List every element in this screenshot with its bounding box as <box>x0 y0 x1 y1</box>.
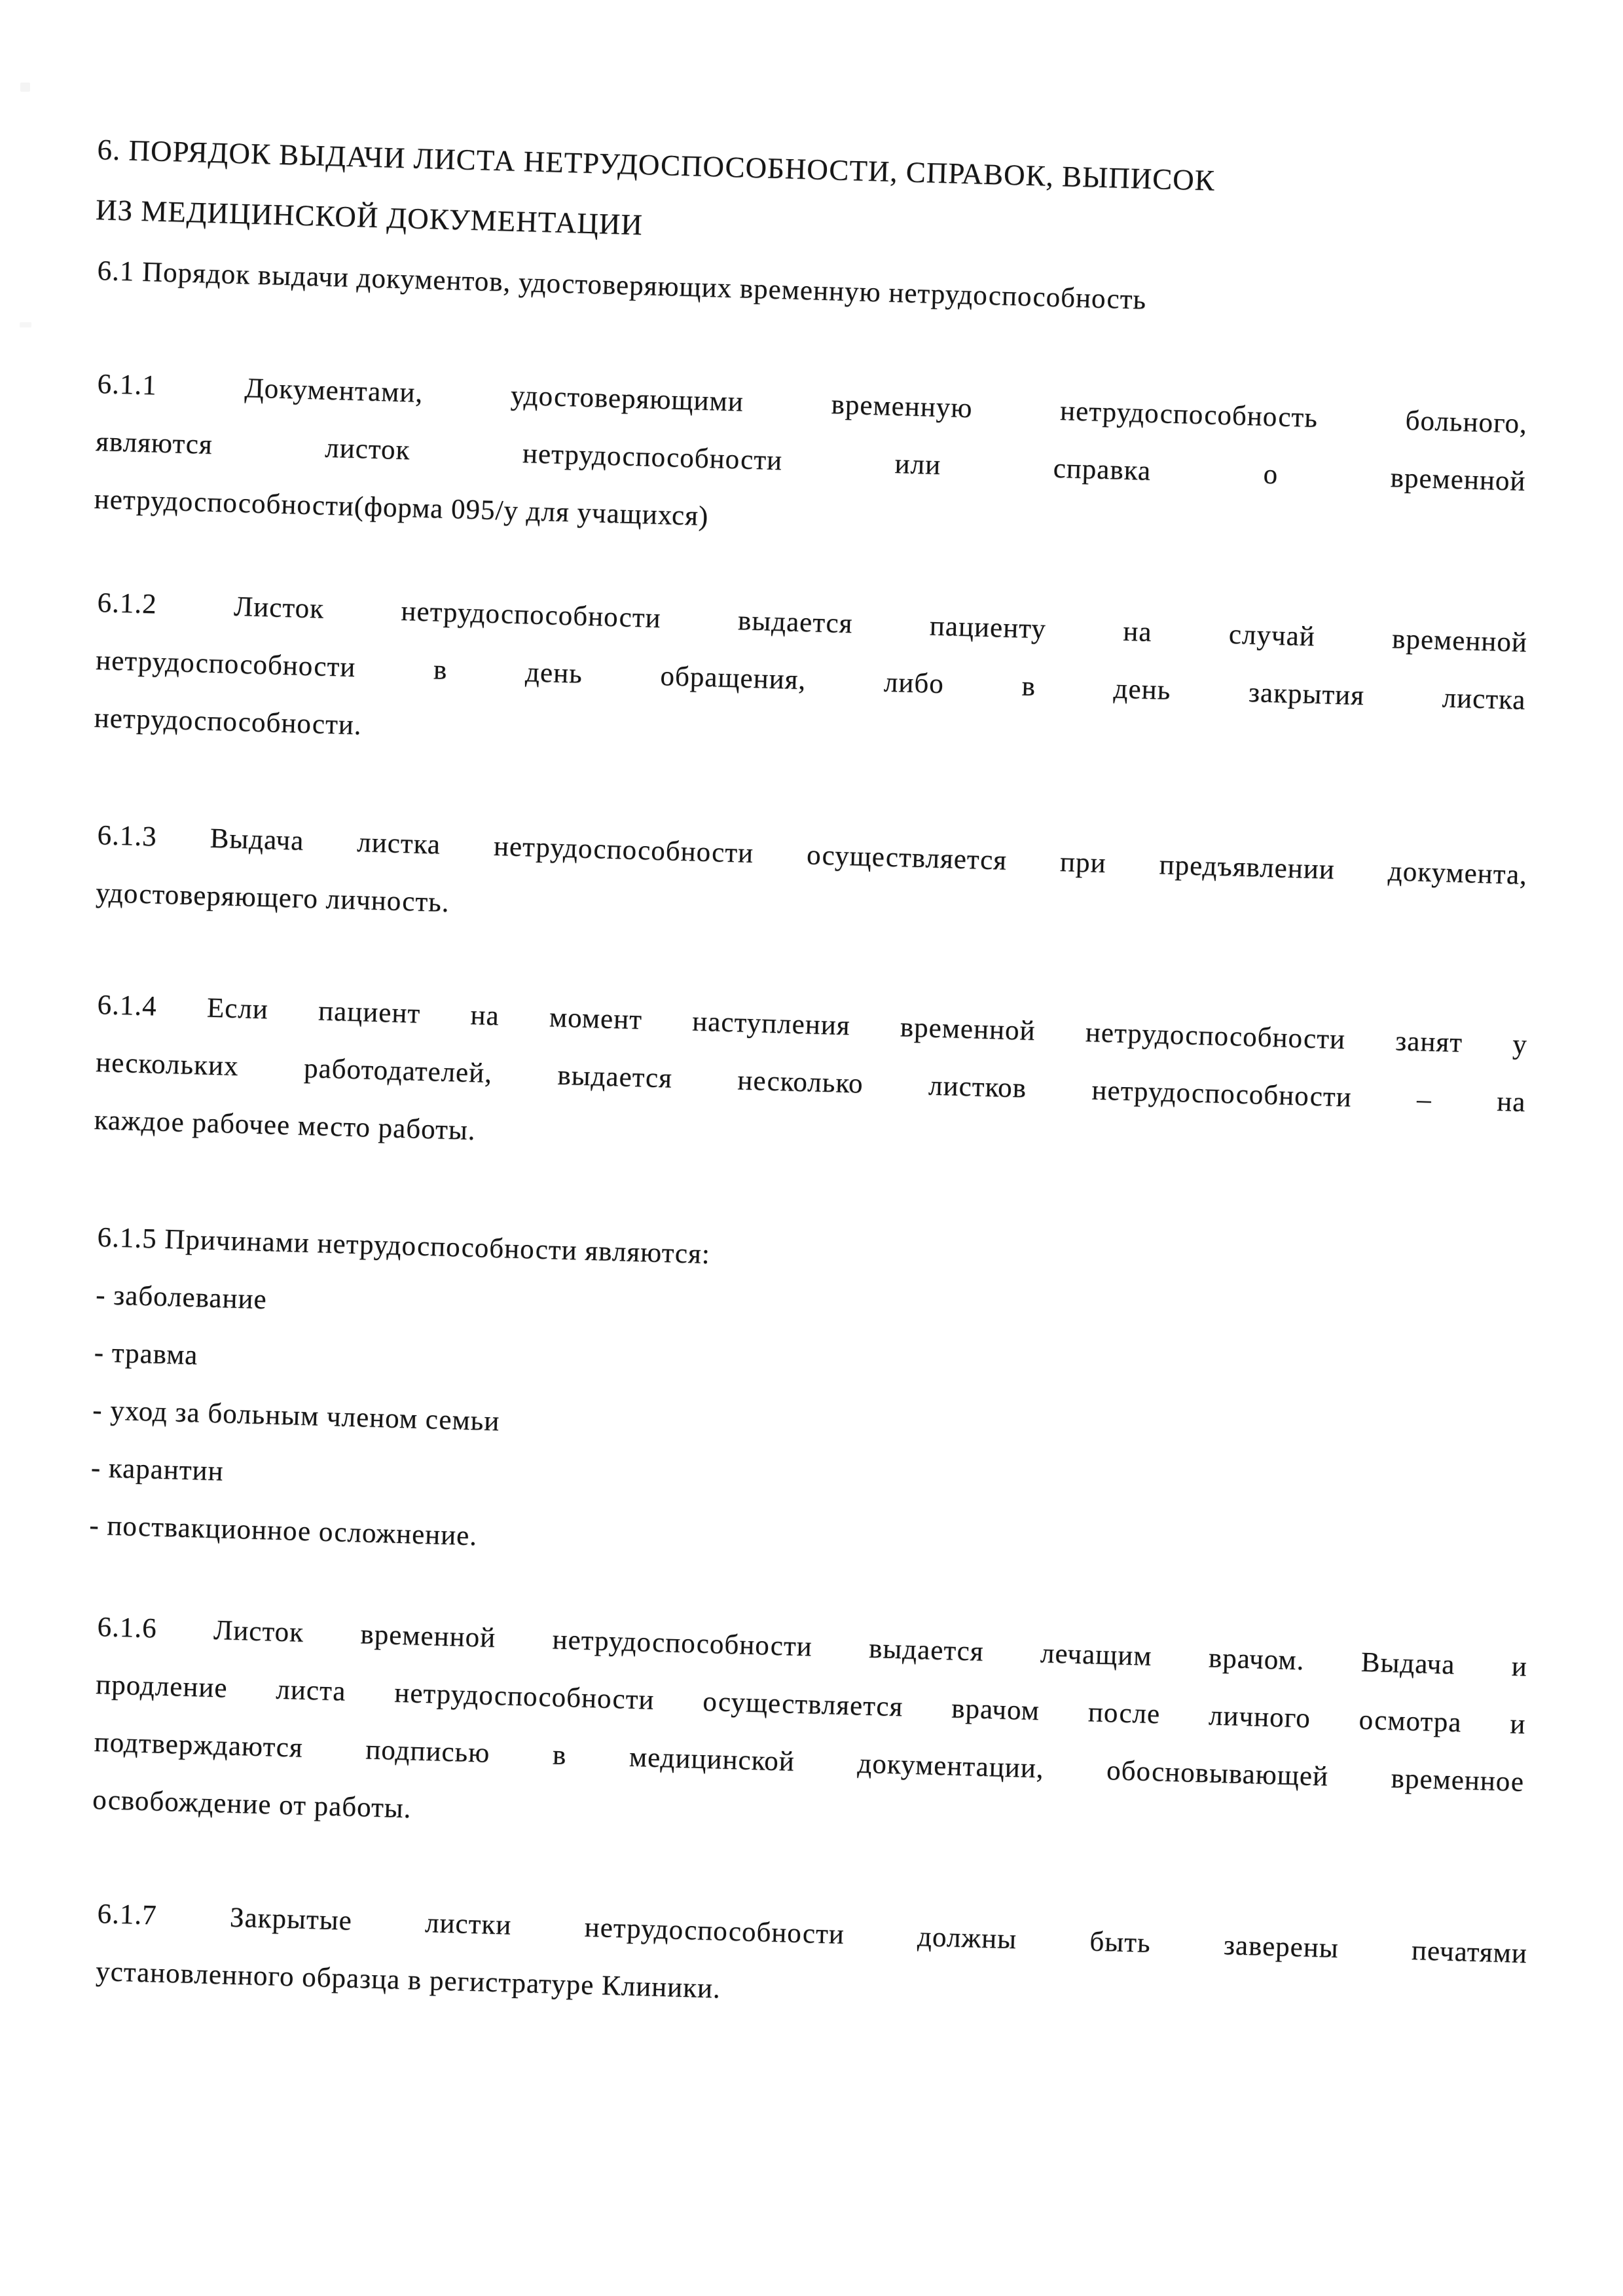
scan-smudge <box>20 83 30 92</box>
clause-6-1-6: 6.1.6 Листок временной нетрудоспособност… <box>92 1599 1528 1869</box>
scanned-document-page: 6. ПОРЯДОК ВЫДАЧИ ЛИСТА НЕТРУДОСПОСОБНОС… <box>0 0 1623 2296</box>
clause-6-1-5: 6.1.5 Причинами нетрудоспособности являю… <box>88 1209 1528 1595</box>
scan-smudge <box>20 322 31 327</box>
clause-6-1-4: 6.1.4 Если пациент на момент наступления… <box>94 976 1529 1189</box>
clause-6-1-2: 6.1.2 Листок нетрудоспособности выдается… <box>94 574 1529 787</box>
clause-6-1-1: 6.1.1 Документами, удостоверяющими време… <box>94 356 1529 568</box>
clause-6-1-7: 6.1.7 Закрытые листки нетрудоспособности… <box>95 1885 1528 2041</box>
clause-6-1-3: 6.1.3 Выдача листка нетрудоспособности о… <box>95 807 1528 962</box>
